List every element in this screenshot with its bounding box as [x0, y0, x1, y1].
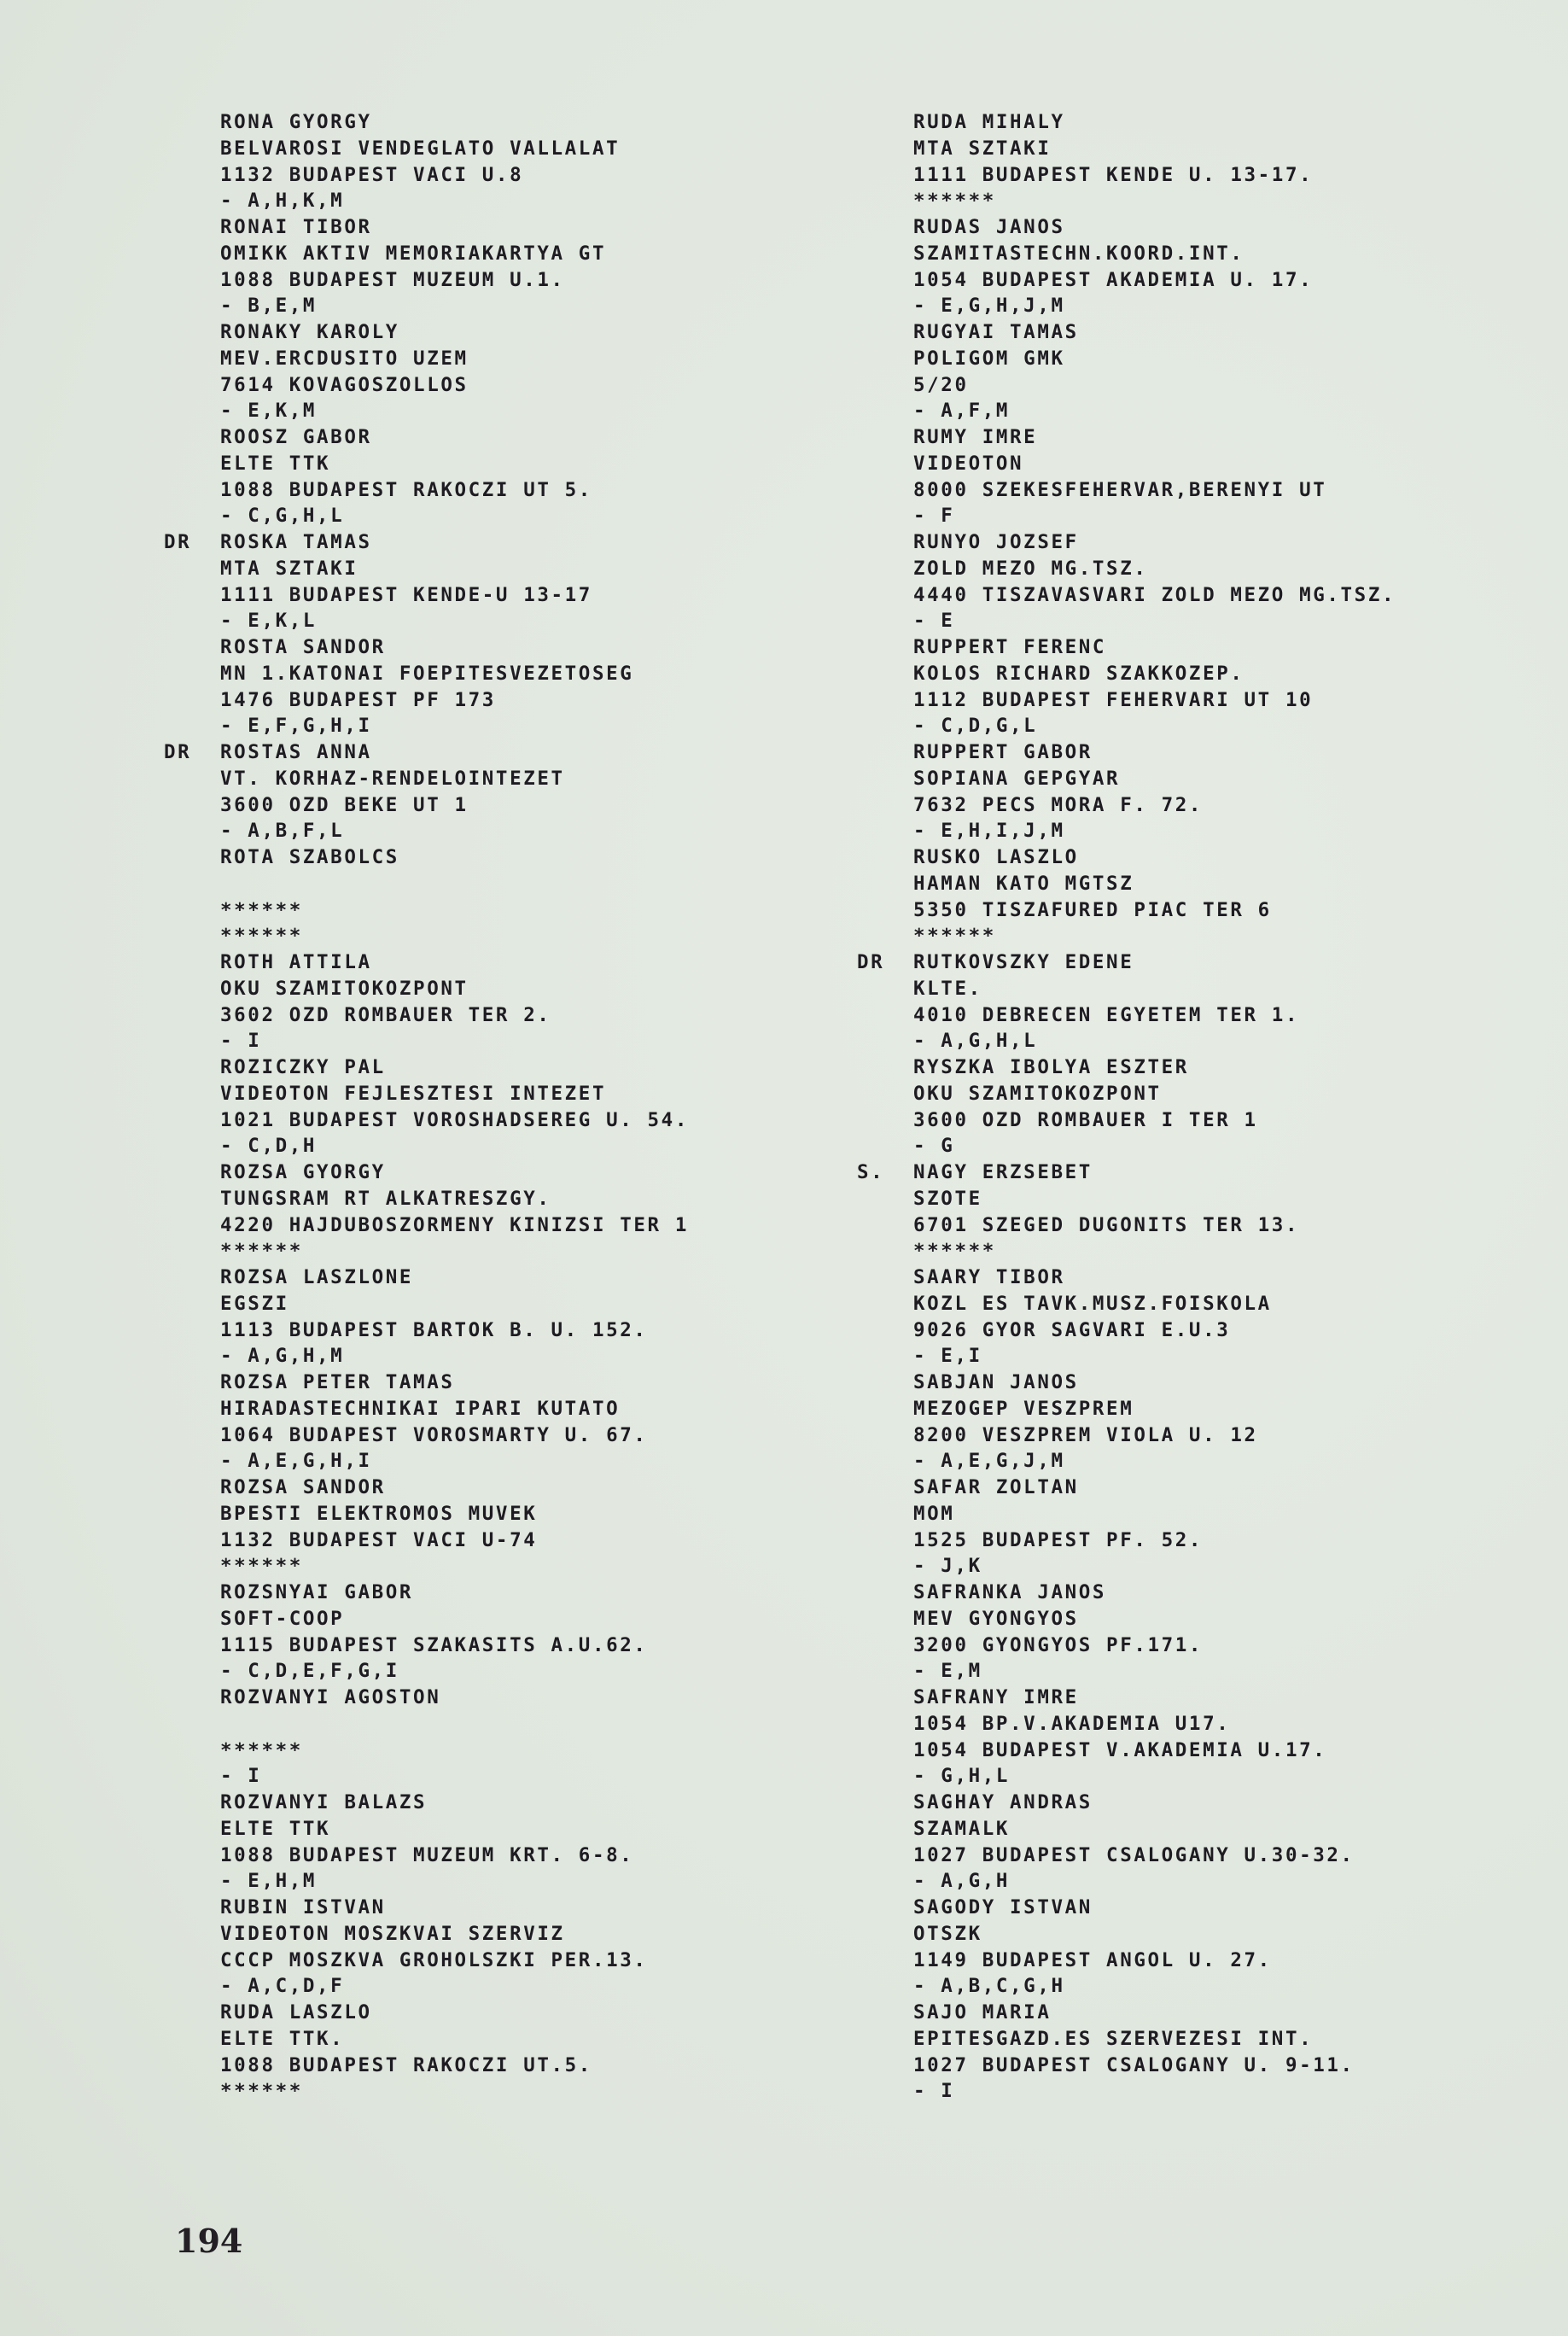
line-text: 7614 KOVAGOSZOLLOS — [220, 374, 469, 396]
line-text: ****** — [220, 2080, 303, 2102]
directory-line: EGSZI — [220, 1291, 689, 1317]
directory-line: RONAKY KAROLY — [220, 319, 689, 346]
directory-line: 1525 BUDAPEST PF. 52. — [913, 1527, 1396, 1554]
directory-line: RUPPERT GABOR — [913, 739, 1396, 766]
line-text: ****** — [220, 1555, 303, 1577]
line-text: RUMY IMRE — [913, 426, 1037, 448]
right-column: RUDA MIHALYMTA SZTAKI1111 BUDAPEST KENDE… — [913, 109, 1396, 2105]
line-text: KLTE. — [913, 978, 982, 1000]
directory-line: RUBIN ISTVAN — [220, 1895, 689, 1921]
line-text: 9026 GYOR SAGVARI E.U.3 — [913, 1319, 1230, 1341]
directory-line: 1088 BUDAPEST RAKOCZI UT 5. — [220, 477, 689, 504]
line-text: - C,G,H,L — [220, 505, 344, 527]
line-text: EPITESGAZD.ES SZERVEZESI INT. — [913, 2028, 1313, 2050]
directory-line: S.NAGY ERZSEBET — [913, 1159, 1396, 1186]
directory-line: RONA GYORGY — [220, 109, 689, 136]
line-text: KOLOS RICHARD SZAKKOZEP. — [913, 663, 1244, 685]
directory-line: - E,M — [913, 1658, 1396, 1685]
line-text: - A,F,M — [913, 400, 1010, 422]
directory-line: RONAI TIBOR — [220, 214, 689, 241]
directory-line — [220, 871, 689, 897]
line-text: ****** — [913, 190, 996, 212]
line-text: VIDEOTON MOSZKVAI SZERVIZ — [220, 1923, 565, 1945]
directory-line: OKU SZAMITOKOZPONT — [220, 976, 689, 1002]
directory-line: RUDA LASZLO — [220, 2000, 689, 2026]
line-text: 1088 BUDAPEST MUZEUM KRT. 6-8. — [220, 1844, 633, 1866]
directory-line: RUDAS JANOS — [913, 214, 1396, 241]
directory-line: 3600 OZD BEKE UT 1 — [220, 792, 689, 819]
line-text: SOPIANA GEPGYAR — [913, 768, 1120, 790]
directory-line: ELTE TTK — [220, 1816, 689, 1843]
directory-line: SAFRANY IMRE — [913, 1685, 1396, 1711]
line-text: MEV GYONGYOS — [913, 1608, 1079, 1630]
directory-line: - I — [913, 2078, 1396, 2105]
line-text: - G — [913, 1135, 954, 1157]
directory-line: EPITESGAZD.ES SZERVEZESI INT. — [913, 2026, 1396, 2053]
line-text: BELVAROSI VENDEGLATO VALLALAT — [220, 137, 620, 160]
directory-line: MEV GYONGYOS — [913, 1606, 1396, 1632]
line-text: OKU SZAMITOKOZPONT — [913, 1083, 1162, 1105]
directory-line: 1088 BUDAPEST RAKOCZI UT.5. — [220, 2053, 689, 2079]
line-text: 4220 HAJDUBOSZORMENY KINIZSI TER 1 — [220, 1214, 689, 1236]
directory-line: - A,G,H,L — [913, 1028, 1396, 1054]
title-prefix: S. — [857, 1159, 884, 1186]
directory-line: - A,G,H — [913, 1868, 1396, 1895]
line-text: - E — [913, 610, 954, 632]
directory-line: 1111 BUDAPEST KENDE U. 13-17. — [913, 162, 1396, 189]
directory-line: MTA SZTAKI — [220, 556, 689, 582]
directory-line: - E,K,M — [220, 398, 689, 424]
directory-line — [220, 1711, 689, 1737]
line-text: 3600 OZD ROMBAUER I TER 1 — [913, 1109, 1258, 1131]
line-text: ROOSZ GABOR — [220, 426, 372, 448]
directory-line: SOFT-COOP — [220, 1606, 689, 1632]
directory-line: 1149 BUDAPEST ANGOL U. 27. — [913, 1948, 1396, 1974]
directory-line: 1115 BUDAPEST SZAKASITS A.U.62. — [220, 1632, 689, 1659]
directory-line: VIDEOTON — [913, 451, 1396, 477]
line-text: 1054 BP.V.AKADEMIA U17. — [913, 1713, 1230, 1735]
directory-line: - C,D,G,L — [913, 713, 1396, 739]
directory-line: 8200 VESZPREM VIOLA U. 12 — [913, 1422, 1396, 1449]
line-text: - A,C,D,F — [220, 1975, 344, 1997]
directory-line: SAGODY ISTVAN — [913, 1895, 1396, 1921]
directory-line: ROZSNYAI GABOR — [220, 1580, 689, 1606]
line-text: - E,F,G,H,I — [220, 715, 372, 737]
line-text: ****** — [913, 1240, 996, 1262]
directory-line: ROZSA SANDOR — [220, 1475, 689, 1501]
line-text: RUDA LASZLO — [220, 2001, 372, 2024]
line-text: MEZOGEP VESZPREM — [913, 1398, 1134, 1420]
line-text: RONA GYORGY — [220, 111, 372, 133]
line-text: - B,E,M — [220, 295, 317, 317]
directory-line: SAFRANKA JANOS — [913, 1580, 1396, 1606]
line-text: 1476 BUDAPEST PF 173 — [220, 689, 496, 711]
directory-line: ROSTA SANDOR — [220, 634, 689, 661]
directory-line: 4010 DEBRECEN EGYETEM TER 1. — [913, 1002, 1396, 1029]
line-text: - A,E,G,J,M — [913, 1450, 1065, 1472]
directory-line: ****** — [913, 1238, 1396, 1264]
directory-line: - E,K,L — [220, 608, 689, 634]
line-text: OTSZK — [913, 1923, 982, 1945]
directory-line: SZAMITASTECHN.KOORD.INT. — [913, 241, 1396, 267]
line-text: OMIKK AKTIV MEMORIAKARTYA GT — [220, 242, 606, 265]
directory-line: 1027 BUDAPEST CSALOGANY U. 9-11. — [913, 2053, 1396, 2079]
directory-line: - A,E,G,J,M — [913, 1448, 1396, 1475]
directory-line: 1113 BUDAPEST BARTOK B. U. 152. — [220, 1317, 689, 1344]
directory-line: OMIKK AKTIV MEMORIAKARTYA GT — [220, 241, 689, 267]
directory-line: - C,G,H,L — [220, 503, 689, 529]
directory-line: 1088 BUDAPEST MUZEUM KRT. 6-8. — [220, 1843, 689, 1869]
directory-line: DRROSTAS ANNA — [220, 739, 689, 766]
directory-line: - C,D,H — [220, 1133, 689, 1159]
directory-line: MN 1.KATONAI FOEPITESVEZETOSEG — [220, 661, 689, 687]
line-text: - A,H,K,M — [220, 190, 344, 212]
directory-line: 7614 KOVAGOSZOLLOS — [220, 372, 689, 399]
line-text: - E,K,L — [220, 610, 317, 632]
directory-line: - I — [220, 1028, 689, 1054]
line-text: 5/20 — [913, 374, 969, 396]
directory-line: SZAMALK — [913, 1816, 1396, 1843]
line-text: - A,G,H,M — [220, 1345, 344, 1367]
line-text: ****** — [220, 1739, 303, 1761]
directory-line: ****** — [913, 923, 1396, 949]
directory-line: - E,G,H,J,M — [913, 293, 1396, 319]
directory-line: - A,E,G,H,I — [220, 1448, 689, 1475]
directory-line: 3600 OZD ROMBAUER I TER 1 — [913, 1107, 1396, 1134]
directory-line: - E,F,G,H,I — [220, 713, 689, 739]
line-text: SAFAR ZOLTAN — [913, 1476, 1079, 1498]
directory-line: 5/20 — [913, 372, 1396, 399]
line-text: POLIGOM GMK — [913, 347, 1065, 370]
line-text: 6701 SZEGED DUGONITS TER 13. — [913, 1214, 1299, 1236]
directory-line: BPESTI ELEKTROMOS MUVEK — [220, 1501, 689, 1527]
directory-line: MEV.ERCDUSITO UZEM — [220, 346, 689, 372]
directory-line: ROZVANYI AGOSTON — [220, 1685, 689, 1711]
directory-line: 4220 HAJDUBOSZORMENY KINIZSI TER 1 — [220, 1212, 689, 1239]
directory-line: - G,H,L — [913, 1763, 1396, 1790]
line-text: VT. KORHAZ-RENDELOINTEZET — [220, 768, 565, 790]
directory-line: 1027 BUDAPEST CSALOGANY U.30-32. — [913, 1843, 1396, 1869]
line-text: - G,H,L — [913, 1765, 1010, 1787]
line-text: SAFRANKA JANOS — [913, 1581, 1106, 1603]
line-text: MEV.ERCDUSITO UZEM — [220, 347, 469, 370]
directory-line: - E,H,I,J,M — [913, 818, 1396, 844]
line-text: RUDAS JANOS — [913, 216, 1065, 238]
line-text: ROTH ATTILA — [220, 951, 372, 973]
line-text: - A,G,H,L — [913, 1030, 1037, 1052]
directory-line: 4440 TISZAVASVARI ZOLD MEZO MG.TSZ. — [913, 582, 1396, 609]
line-text: ROZSNYAI GABOR — [220, 1581, 413, 1603]
directory-line: SABJAN JANOS — [913, 1369, 1396, 1396]
directory-line: HIRADASTECHNIKAI IPARI KUTATO — [220, 1396, 689, 1422]
directory-line: RUMY IMRE — [913, 424, 1396, 451]
line-text: 1111 BUDAPEST KENDE-U 13-17 — [220, 584, 592, 606]
line-text: SOFT-COOP — [220, 1608, 344, 1630]
line-text: RONAKY KAROLY — [220, 321, 399, 343]
line-text: RONAI TIBOR — [220, 216, 372, 238]
line-text: ****** — [913, 925, 996, 947]
line-text: RUDA MIHALY — [913, 111, 1065, 133]
line-text: 4440 TISZAVASVARI ZOLD MEZO MG.TSZ. — [913, 584, 1396, 606]
line-text: 1088 BUDAPEST MUZEUM U.1. — [220, 269, 565, 291]
line-text: 1111 BUDAPEST KENDE U. 13-17. — [913, 164, 1313, 186]
directory-line: DRROSKA TAMAS — [220, 529, 689, 556]
directory-line: ****** — [220, 923, 689, 949]
line-text: NAGY ERZSEBET — [913, 1161, 1093, 1183]
line-text: ZOLD MEZO MG.TSZ. — [913, 558, 1147, 580]
line-text: - E,K,M — [220, 400, 317, 422]
title-prefix: DR — [857, 949, 884, 976]
title-prefix: DR — [164, 739, 191, 766]
line-text: RYSZKA IBOLYA ESZTER — [913, 1056, 1189, 1078]
directory-line: ROTA SZABOLCS — [220, 844, 689, 871]
directory-line: ZOLD MEZO MG.TSZ. — [913, 556, 1396, 582]
directory-line: ROZVANYI BALAZS — [220, 1790, 689, 1816]
directory-line: - E — [913, 608, 1396, 634]
line-text: - E,H,M — [220, 1870, 317, 1892]
line-text: ****** — [220, 925, 303, 947]
line-text: 4010 DEBRECEN EGYETEM TER 1. — [913, 1004, 1299, 1026]
directory-line: HAMAN KATO MGTSZ — [913, 871, 1396, 897]
directory-line: ****** — [220, 897, 689, 924]
directory-line: KOZL ES TAVK.MUSZ.FOISKOLA — [913, 1291, 1396, 1317]
directory-line: SAFAR ZOLTAN — [913, 1475, 1396, 1501]
line-text: TUNGSRAM RT ALKATRESZGY. — [220, 1188, 551, 1210]
line-text: SZOTE — [913, 1188, 982, 1210]
line-text: 3600 OZD BEKE UT 1 — [220, 794, 469, 816]
line-text: 3200 GYONGYOS PF.171. — [913, 1634, 1203, 1656]
left-column: RONA GYORGYBELVAROSI VENDEGLATO VALLALAT… — [220, 109, 689, 2105]
line-text: RUNYO JOZSEF — [913, 531, 1079, 553]
directory-line: SZOTE — [913, 1186, 1396, 1212]
directory-line: 8000 SZEKESFEHERVAR,BERENYI UT — [913, 477, 1396, 504]
line-text: RUTKOVSZKY EDENE — [913, 951, 1134, 973]
directory-line: ****** — [220, 1737, 689, 1764]
directory-line: 3200 GYONGYOS PF.171. — [913, 1632, 1396, 1659]
directory-line: 1054 BUDAPEST V.AKADEMIA U.17. — [913, 1737, 1396, 1764]
line-text: - E,G,H,J,M — [913, 295, 1065, 317]
directory-line: - I — [220, 1763, 689, 1790]
directory-line: 1021 BUDAPEST VOROSHADSEREG U. 54. — [220, 1107, 689, 1134]
directory-line: DRRUTKOVSZKY EDENE — [913, 949, 1396, 976]
line-text: 1132 BUDAPEST VACI U-74 — [220, 1529, 537, 1551]
line-text: VIDEOTON FEJLESZTESI INTEZET — [220, 1083, 606, 1105]
directory-line: 1054 BUDAPEST AKADEMIA U. 17. — [913, 267, 1396, 294]
line-text: ROZVANYI AGOSTON — [220, 1686, 440, 1708]
page-number: 194 — [175, 2222, 242, 2260]
directory-line: - A,G,H,M — [220, 1343, 689, 1369]
line-text: BPESTI ELEKTROMOS MUVEK — [220, 1503, 537, 1525]
line-text: HIRADASTECHNIKAI IPARI KUTATO — [220, 1398, 620, 1420]
line-text: ROSKA TAMAS — [220, 531, 372, 553]
directory-line: 1132 BUDAPEST VACI U.8 — [220, 162, 689, 189]
line-text: 1027 BUDAPEST CSALOGANY U. 9-11. — [913, 2054, 1355, 2076]
directory-line: VIDEOTON MOSZKVAI SZERVIZ — [220, 1921, 689, 1948]
line-text: 1064 BUDAPEST VOROSMARTY U. 67. — [220, 1424, 648, 1446]
line-text: - I — [220, 1030, 261, 1052]
line-text: 1112 BUDAPEST FEHERVARI UT 10 — [913, 689, 1313, 711]
line-text: - J,K — [913, 1555, 982, 1577]
line-text: ELTE TTK — [220, 1818, 330, 1840]
directory-line: VT. KORHAZ-RENDELOINTEZET — [220, 766, 689, 792]
line-text: ELTE TTK — [220, 453, 330, 475]
directory-line: ROZSA PETER TAMAS — [220, 1369, 689, 1396]
line-text: - I — [913, 2080, 954, 2102]
title-prefix: DR — [164, 529, 191, 556]
line-text: RUPPERT GABOR — [913, 741, 1093, 763]
directory-line: SAARY TIBOR — [913, 1264, 1396, 1291]
directory-line: - A,B,F,L — [220, 818, 689, 844]
directory-line: 5350 TISZAFURED PIAC TER 6 — [913, 897, 1396, 924]
line-text: RUGYAI TAMAS — [913, 321, 1079, 343]
line-text: ROZICZKY PAL — [220, 1056, 386, 1078]
line-text: SAGHAY ANDRAS — [913, 1791, 1093, 1813]
line-text: SAARY TIBOR — [913, 1266, 1065, 1288]
directory-line: TUNGSRAM RT ALKATRESZGY. — [220, 1186, 689, 1212]
directory-line: ****** — [220, 2078, 689, 2105]
line-text: 7632 PECS MORA F. 72. — [913, 794, 1203, 816]
line-text: ROZSA GYORGY — [220, 1161, 386, 1183]
directory-line: 6701 SZEGED DUGONITS TER 13. — [913, 1212, 1396, 1239]
directory-line: OKU SZAMITOKOZPONT — [913, 1081, 1396, 1107]
line-text: 1115 BUDAPEST SZAKASITS A.U.62. — [220, 1634, 648, 1656]
line-text: SAGODY ISTVAN — [913, 1896, 1093, 1918]
line-text: 3602 OZD ROMBAUER TER 2. — [220, 1004, 551, 1026]
line-text: 5350 TISZAFURED PIAC TER 6 — [913, 899, 1272, 921]
line-text: ROZVANYI BALAZS — [220, 1791, 427, 1813]
directory-line: 7632 PECS MORA F. 72. — [913, 792, 1396, 819]
directory-line: 1111 BUDAPEST KENDE-U 13-17 — [220, 582, 689, 609]
line-text: ROZSA PETER TAMAS — [220, 1371, 454, 1393]
line-text: HAMAN KATO MGTSZ — [913, 873, 1134, 895]
directory-line: - G — [913, 1133, 1396, 1159]
directory-line: ROZICZKY PAL — [220, 1054, 689, 1081]
directory-line: ****** — [220, 1553, 689, 1580]
line-text: - A,B,F,L — [220, 820, 344, 842]
line-text: KOZL ES TAVK.MUSZ.FOISKOLA — [913, 1293, 1272, 1315]
directory-line: VIDEOTON FEJLESZTESI INTEZET — [220, 1081, 689, 1107]
line-text: - E,H,I,J,M — [913, 820, 1065, 842]
directory-line: - F — [913, 503, 1396, 529]
directory-line: KOLOS RICHARD SZAKKOZEP. — [913, 661, 1396, 687]
line-text: 1054 BUDAPEST AKADEMIA U. 17. — [913, 269, 1313, 291]
directory-line: - A,C,D,F — [220, 1973, 689, 2000]
line-text: - C,D,G,L — [913, 715, 1037, 737]
line-text: ****** — [220, 1240, 303, 1262]
line-text: - F — [913, 505, 954, 527]
line-text: CCCP MOSZKVA GROHOLSZKI PER.13. — [220, 1949, 648, 1971]
directory-line: 1112 BUDAPEST FEHERVARI UT 10 — [913, 687, 1396, 714]
line-text: 1088 BUDAPEST RAKOCZI UT.5. — [220, 2054, 592, 2076]
line-text: RUPPERT FERENC — [913, 636, 1106, 658]
directory-line: SAJO MARIA — [913, 2000, 1396, 2026]
directory-line: BELVAROSI VENDEGLATO VALLALAT — [220, 136, 689, 162]
line-text: - C,D,H — [220, 1135, 317, 1157]
line-text: RUSKO LASZLO — [913, 846, 1079, 868]
directory-line: - J,K — [913, 1553, 1396, 1580]
directory-line: MEZOGEP VESZPREM — [913, 1396, 1396, 1422]
directory-line: - A,H,K,M — [220, 188, 689, 214]
directory-line: - B,E,M — [220, 293, 689, 319]
line-text: SAJO MARIA — [913, 2001, 1051, 2024]
directory-line: KLTE. — [913, 976, 1396, 1002]
directory-line: OTSZK — [913, 1921, 1396, 1948]
line-text: 1149 BUDAPEST ANGOL U. 27. — [913, 1949, 1272, 1971]
directory-line: ROZSA LASZLONE — [220, 1264, 689, 1291]
directory-line: SAGHAY ANDRAS — [913, 1790, 1396, 1816]
directory-line: RUDA MIHALY — [913, 109, 1396, 136]
line-text: ROTA SZABOLCS — [220, 846, 399, 868]
line-text: - C,D,E,F,G,I — [220, 1660, 399, 1682]
line-text: MN 1.KATONAI FOEPITESVEZETOSEG — [220, 663, 633, 685]
line-text: OKU SZAMITOKOZPONT — [220, 978, 469, 1000]
directory-line: ELTE TTK. — [220, 2026, 689, 2053]
line-text: RUBIN ISTVAN — [220, 1896, 386, 1918]
directory-line: 1054 BP.V.AKADEMIA U17. — [913, 1711, 1396, 1737]
line-text: - E,M — [913, 1660, 982, 1682]
line-text: - A,B,C,G,H — [913, 1975, 1065, 1997]
line-text: SZAMITASTECHN.KOORD.INT. — [913, 242, 1244, 265]
directory-line: - E,I — [913, 1343, 1396, 1369]
directory-line: 9026 GYOR SAGVARI E.U.3 — [913, 1317, 1396, 1344]
directory-line: SOPIANA GEPGYAR — [913, 766, 1396, 792]
line-text: 1132 BUDAPEST VACI U.8 — [220, 164, 523, 186]
directory-line: RYSZKA IBOLYA ESZTER — [913, 1054, 1396, 1081]
line-text: MTA SZTAKI — [913, 137, 1051, 160]
directory-line: ROTH ATTILA — [220, 949, 689, 976]
directory-line: RUNYO JOZSEF — [913, 529, 1396, 556]
directory-line: 1088 BUDAPEST MUZEUM U.1. — [220, 267, 689, 294]
directory-line: - A,B,C,G,H — [913, 1973, 1396, 2000]
directory-line: ****** — [913, 188, 1396, 214]
directory-line: ****** — [220, 1238, 689, 1264]
line-text: ROSTA SANDOR — [220, 636, 386, 658]
directory-line: ROZSA GYORGY — [220, 1159, 689, 1186]
line-text: ROZSA SANDOR — [220, 1476, 386, 1498]
line-text: 8000 SZEKESFEHERVAR,BERENYI UT — [913, 479, 1326, 501]
directory-line: 1132 BUDAPEST VACI U-74 — [220, 1527, 689, 1554]
line-text: VIDEOTON — [913, 453, 1023, 475]
line-text: 1054 BUDAPEST V.AKADEMIA U.17. — [913, 1739, 1326, 1761]
line-text: 1113 BUDAPEST BARTOK B. U. 152. — [220, 1319, 648, 1341]
line-text: ELTE TTK. — [220, 2028, 344, 2050]
directory-line: RUGYAI TAMAS — [913, 319, 1396, 346]
line-text: - A,E,G,H,I — [220, 1450, 372, 1472]
directory-line: RUPPERT FERENC — [913, 634, 1396, 661]
directory-line: MOM — [913, 1501, 1396, 1527]
directory-line: - C,D,E,F,G,I — [220, 1658, 689, 1685]
directory-line: 1064 BUDAPEST VOROSMARTY U. 67. — [220, 1422, 689, 1449]
line-text: MTA SZTAKI — [220, 558, 358, 580]
directory-line: - A,F,M — [913, 398, 1396, 424]
line-text: MOM — [913, 1503, 954, 1525]
directory-line: ELTE TTK — [220, 451, 689, 477]
line-text: 1021 BUDAPEST VOROSHADSEREG U. 54. — [220, 1109, 689, 1131]
directory-line: 1476 BUDAPEST PF 173 — [220, 687, 689, 714]
directory-line: 3602 OZD ROMBAUER TER 2. — [220, 1002, 689, 1029]
line-text: 1088 BUDAPEST RAKOCZI UT 5. — [220, 479, 592, 501]
line-text: - E,I — [913, 1345, 982, 1367]
line-text: ROZSA LASZLONE — [220, 1266, 413, 1288]
line-text: - A,G,H — [913, 1870, 1010, 1892]
directory-line: ROOSZ GABOR — [220, 424, 689, 451]
line-text: SABJAN JANOS — [913, 1371, 1079, 1393]
line-text: 8200 VESZPREM VIOLA U. 12 — [913, 1424, 1258, 1446]
line-text: - I — [220, 1765, 261, 1787]
line-text: ROSTAS ANNA — [220, 741, 372, 763]
directory-line: RUSKO LASZLO — [913, 844, 1396, 871]
directory-line: MTA SZTAKI — [913, 136, 1396, 162]
